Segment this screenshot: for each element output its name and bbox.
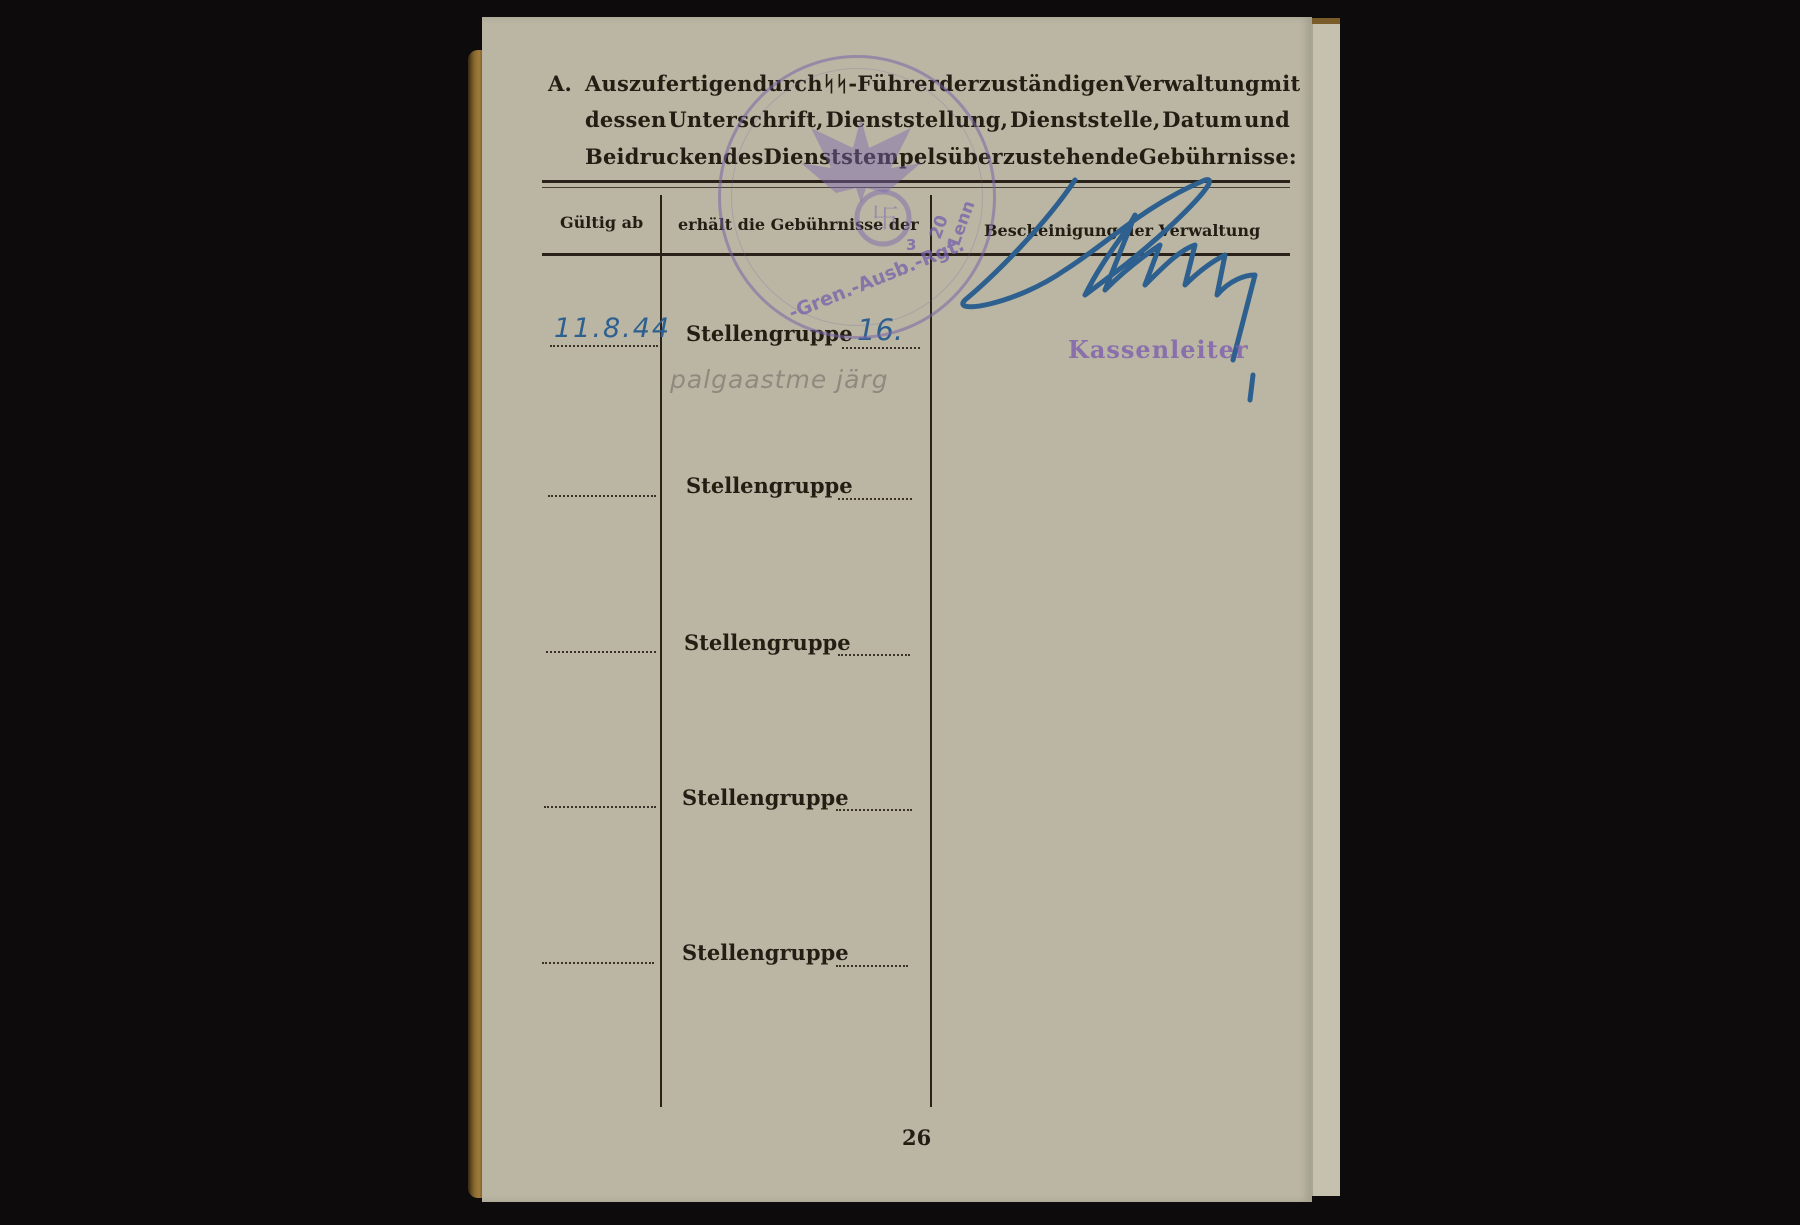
word: mit (1260, 71, 1301, 96)
word: Auszufertigen (585, 71, 753, 96)
word: Dienststelle, (1010, 107, 1160, 132)
word: dessen (585, 107, 667, 132)
stellengruppe-label: Stellengruppe (686, 473, 853, 498)
valid-from-dotted-line (550, 345, 658, 347)
word: zustehende (1003, 144, 1139, 169)
next-page-edge (1311, 24, 1340, 1196)
group-dotted-line (836, 965, 908, 967)
word: und (1244, 107, 1290, 132)
stellengruppe-label: Stellengruppe (684, 630, 851, 655)
pencil-note: palgaastme järg (670, 365, 889, 394)
valid-from-date: 11.8.44 (554, 313, 671, 344)
svg-text:卐: 卐 (871, 202, 899, 235)
column-header-valid-from: Gültig ab (560, 213, 643, 232)
valid-from-dotted-line (544, 806, 656, 808)
group-dotted-line (836, 809, 912, 811)
group-dotted-line (842, 347, 920, 349)
group-dotted-line (838, 654, 910, 656)
section-label: A. (548, 71, 572, 96)
valid-from-dotted-line (548, 495, 656, 497)
column-divider-2 (930, 195, 932, 1107)
word: Verwaltung (1124, 71, 1259, 96)
word: Gebührnisse: (1139, 144, 1297, 169)
stamp-number: 3 (906, 236, 916, 254)
valid-from-dotted-line (542, 962, 654, 964)
signature-mark (955, 175, 1285, 445)
word: Beidrucken (585, 144, 723, 169)
group-dotted-line (838, 498, 912, 500)
word: Datum (1162, 107, 1242, 132)
word: zuständigen (979, 71, 1125, 96)
stellengruppe-label: Stellengruppe (682, 940, 849, 965)
valid-from-dotted-line (546, 651, 656, 653)
page-number: 26 (902, 1125, 931, 1150)
title-stamp: Kassenleiter (1068, 335, 1249, 364)
stellengruppe-label: Stellengruppe (682, 785, 849, 810)
